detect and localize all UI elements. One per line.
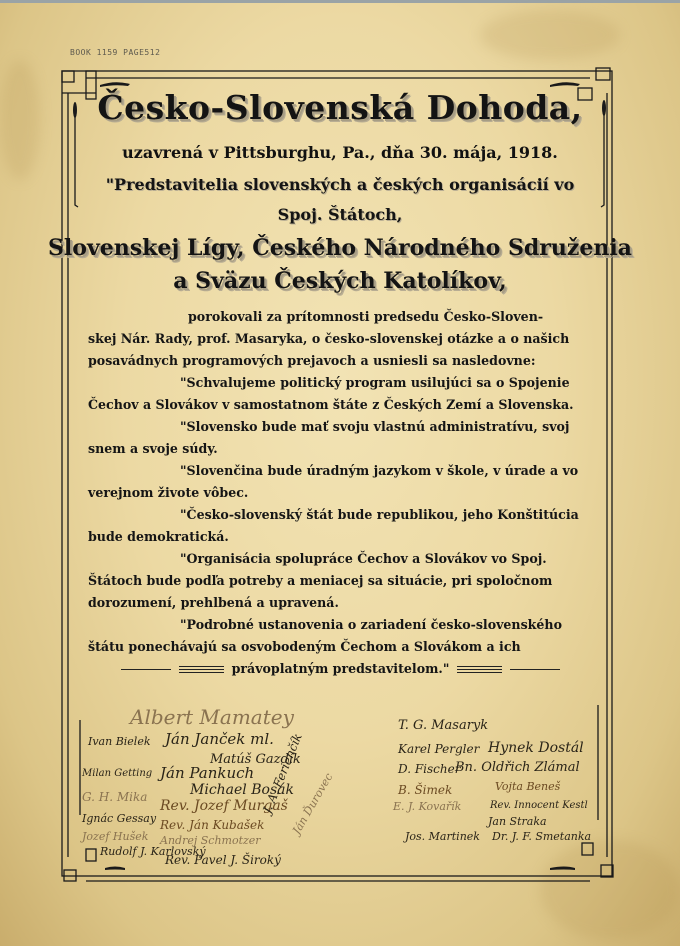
document-title: Česko-Slovenská Dohoda, — [0, 88, 680, 127]
signature: G. H. Mika — [82, 790, 147, 804]
signature: D. Fischer — [398, 762, 460, 776]
heading-line-3: Slovenskej Lígy, Českého Národného Sdruž… — [0, 235, 680, 261]
body-line: snem a svoje súdy. — [88, 438, 593, 460]
signature: Bn. Oldřich Zlámal — [455, 760, 580, 775]
signature: B. Šimek — [398, 783, 452, 797]
signature: Rev. Innocent Kestl — [490, 800, 588, 811]
body-line: verejnom živote vôbec. — [88, 482, 593, 504]
body-line: dorozumení, prehlbená a upravená. — [88, 592, 593, 614]
body-line: Čechov a Slovákov v samostatnom štáte z … — [88, 394, 593, 416]
body-line: štátu ponechávajú sa osvobodeným Čechom … — [88, 636, 593, 658]
body-line: Štátoch bude podľa potreby a meniacej sa… — [88, 570, 593, 592]
signature: Ján Janček ml. — [165, 730, 274, 748]
signature: Hynek Dostál — [488, 740, 584, 756]
signature: Ján Pankuch — [160, 764, 254, 782]
signature: T. G. Masaryk — [398, 718, 488, 733]
triple-rule — [179, 666, 224, 673]
signature: E. J. Kovařík — [393, 800, 461, 813]
rule-line — [121, 669, 171, 670]
signature: Jozef Hušek — [82, 830, 148, 843]
body-line: "Česko-slovenský štát bude republikou, j… — [88, 504, 593, 526]
signature: Jan Straka — [488, 815, 547, 828]
signature: Ignác Gessay — [82, 812, 156, 825]
signature: Rev. Ján Kubašek — [160, 818, 264, 832]
closing-text: právoplatným predstavitelom." — [232, 658, 450, 680]
agreement-body: porokovali za prítomnosti predsedu Česko… — [88, 306, 593, 680]
body-line: "Podrobné ustanovenia o zariadení česko-… — [88, 614, 593, 636]
closing-line: právoplatným predstavitelom." — [88, 658, 593, 680]
heading-line-4: a Sväzu Českých Katolíkov, — [0, 268, 680, 294]
rule-line — [510, 669, 560, 670]
signature: Vojta Beneš — [495, 780, 560, 793]
signature: Rev. Pavel J. Široký — [165, 853, 281, 867]
body-line: bude demokratická. — [88, 526, 593, 548]
body-line: "Organisácia spolupráce Čechov a Slováko… — [88, 548, 593, 570]
body-line: "Slovenčina bude úradným jazykom v škole… — [88, 460, 593, 482]
body-line: porokovali za prítomnosti predsedu Česko… — [88, 306, 593, 328]
body-line: skej Nár. Rady, prof. Masaryka, o česko-… — [88, 328, 593, 350]
document-subtitle: uzavrená v Pittsburghu, Pa., dňa 30. máj… — [0, 143, 680, 162]
triple-rule — [457, 666, 502, 673]
signature: Karel Pergler — [398, 742, 479, 756]
heading-line-2: Spoj. Štátoch, — [0, 205, 680, 224]
body-line: "Schvalujeme politický program usilujúci… — [88, 372, 593, 394]
signature: Milan Getting — [82, 768, 152, 779]
body-line: posavádnych programových prejavoch a usn… — [88, 350, 593, 372]
body-line: "Slovensko bude mať svoju vlastnú admini… — [88, 416, 593, 438]
signature: Albert Mamatey — [130, 705, 294, 729]
heading-line-1: "Predstavitelia slovenských a českých or… — [0, 175, 680, 194]
signature: Jos. Martinek — [405, 830, 480, 843]
signature: Dr. J. F. Smetanka — [492, 830, 591, 843]
signature: Ivan Bielek — [88, 735, 151, 748]
